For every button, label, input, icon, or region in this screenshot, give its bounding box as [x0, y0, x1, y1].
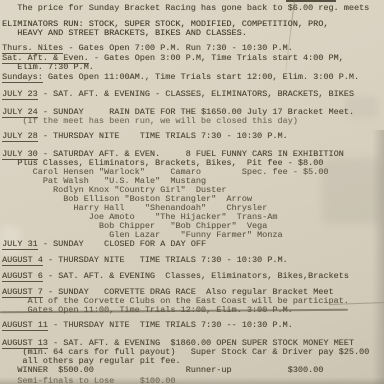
doc-line-price-note: The price for Sunday Bracket Racing has …	[2, 4, 369, 13]
doc-line-july-28: JULY 28 - THURSDAY NITE TIME TRIALS 7:30…	[2, 132, 288, 141]
scan-edge-shadow-right	[372, 130, 384, 384]
doc-line-august-11: AUGUST 11 - THURSDAY NITE TIME TRIALS 7:…	[2, 321, 293, 330]
doc-line-sat-hours-2: Elim. 7:30 P.M.	[2, 63, 94, 72]
doc-line-august-4: AUGUST 4 - THURSDAY NITE TIME TRIALS 7:3…	[2, 256, 288, 265]
doc-line-august-6: AUGUST 6 - SAT. AFT. & EVENING Classes, …	[2, 272, 349, 281]
doc-line-winner-payout: WINNER $500.00 Runner-up $300.00	[2, 366, 323, 375]
doc-line-eliminators-2: HEAVY AND STREET BRACKETS, BIKES AND CLA…	[2, 29, 247, 38]
scanned-document: The price for Sunday Bracket Racing has …	[0, 0, 384, 384]
doc-line-thurs-hours: Thurs. Nites - Gates Open 7:00 P.M. Run …	[2, 44, 293, 53]
doc-line-july-24-note: (If the meet has been run, we will be cl…	[2, 117, 298, 126]
doc-line-july-31: JULY 31 - SUNDAY CLOSED FOR A DAY OFF	[2, 240, 206, 249]
doc-line-sun-hours: Sundays: Gates Open 11:00AM., Time Trial…	[2, 73, 359, 82]
scan-edge-shadow-bottom	[0, 377, 384, 384]
doc-line-july-23: JULY 23 - SAT. AFT. & EVENING - CLASSES,…	[2, 90, 354, 99]
